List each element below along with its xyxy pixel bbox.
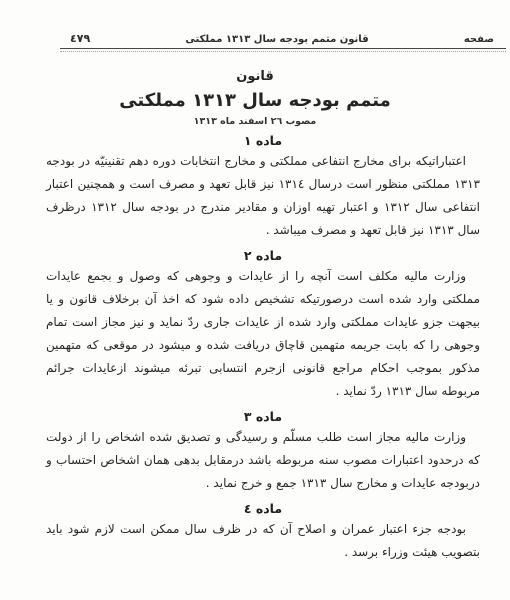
article-1-heading: ماده ١: [46, 133, 480, 148]
article-4-heading: ماده ٤: [46, 501, 480, 516]
article-3-body: وزارت مالیه مجاز است طلب مسلّم و رسیدگی …: [46, 426, 480, 495]
article-1-body: اعتباراتیکه برای مخارج انتفاعی مملکتی و …: [46, 150, 480, 242]
article-1: ماده ١ اعتباراتیکه برای مخارج انتفاعی مم…: [46, 133, 480, 242]
page-label: صفحه: [464, 34, 494, 45]
articles-container: ماده ١ اعتباراتیکه برای مخارج انتفاعی مم…: [46, 133, 480, 564]
article-2: ماده ٢ وزارت مالیه مکلف است آنچه را از ع…: [46, 248, 480, 403]
scanned-document-page: صفحه قانون متمم بودجه سال ١٣١٣ مملکتی ٤٧…: [0, 0, 510, 600]
document-kicker: قانون: [0, 69, 510, 84]
article-2-heading: ماده ٢: [46, 248, 480, 263]
article-2-body: وزارت مالیه مکلف است آنچه را از عایدات و…: [46, 265, 480, 403]
article-4: ماده ٤ بودجه جزء اعتبار عمران و اصلاح آن…: [46, 501, 480, 564]
article-3-heading: ماده ٣: [46, 409, 480, 424]
title-block: قانون متمم بودجه سال ١٣١٣ مملکتی مصوب ٢٦…: [0, 69, 510, 127]
article-3: ماده ٣ وزارت مالیه مجاز است طلب مسلّم و …: [46, 409, 480, 495]
article-4-body: بودجه جزء اعتبار عمران و اصلاح آن که در …: [46, 518, 480, 564]
page-number: ٤٧٩: [70, 32, 90, 45]
document-title: متمم بودجه سال ١٣١٣ مملکتی: [0, 90, 510, 111]
document-subtitle: مصوب ٢٦ اسفند ماه ١٣١٣: [0, 116, 510, 127]
running-title: قانون متمم بودجه سال ١٣١٣ مملکتی: [185, 34, 368, 45]
running-header: صفحه قانون متمم بودجه سال ١٣١٣ مملکتی ٤٧…: [60, 0, 506, 49]
